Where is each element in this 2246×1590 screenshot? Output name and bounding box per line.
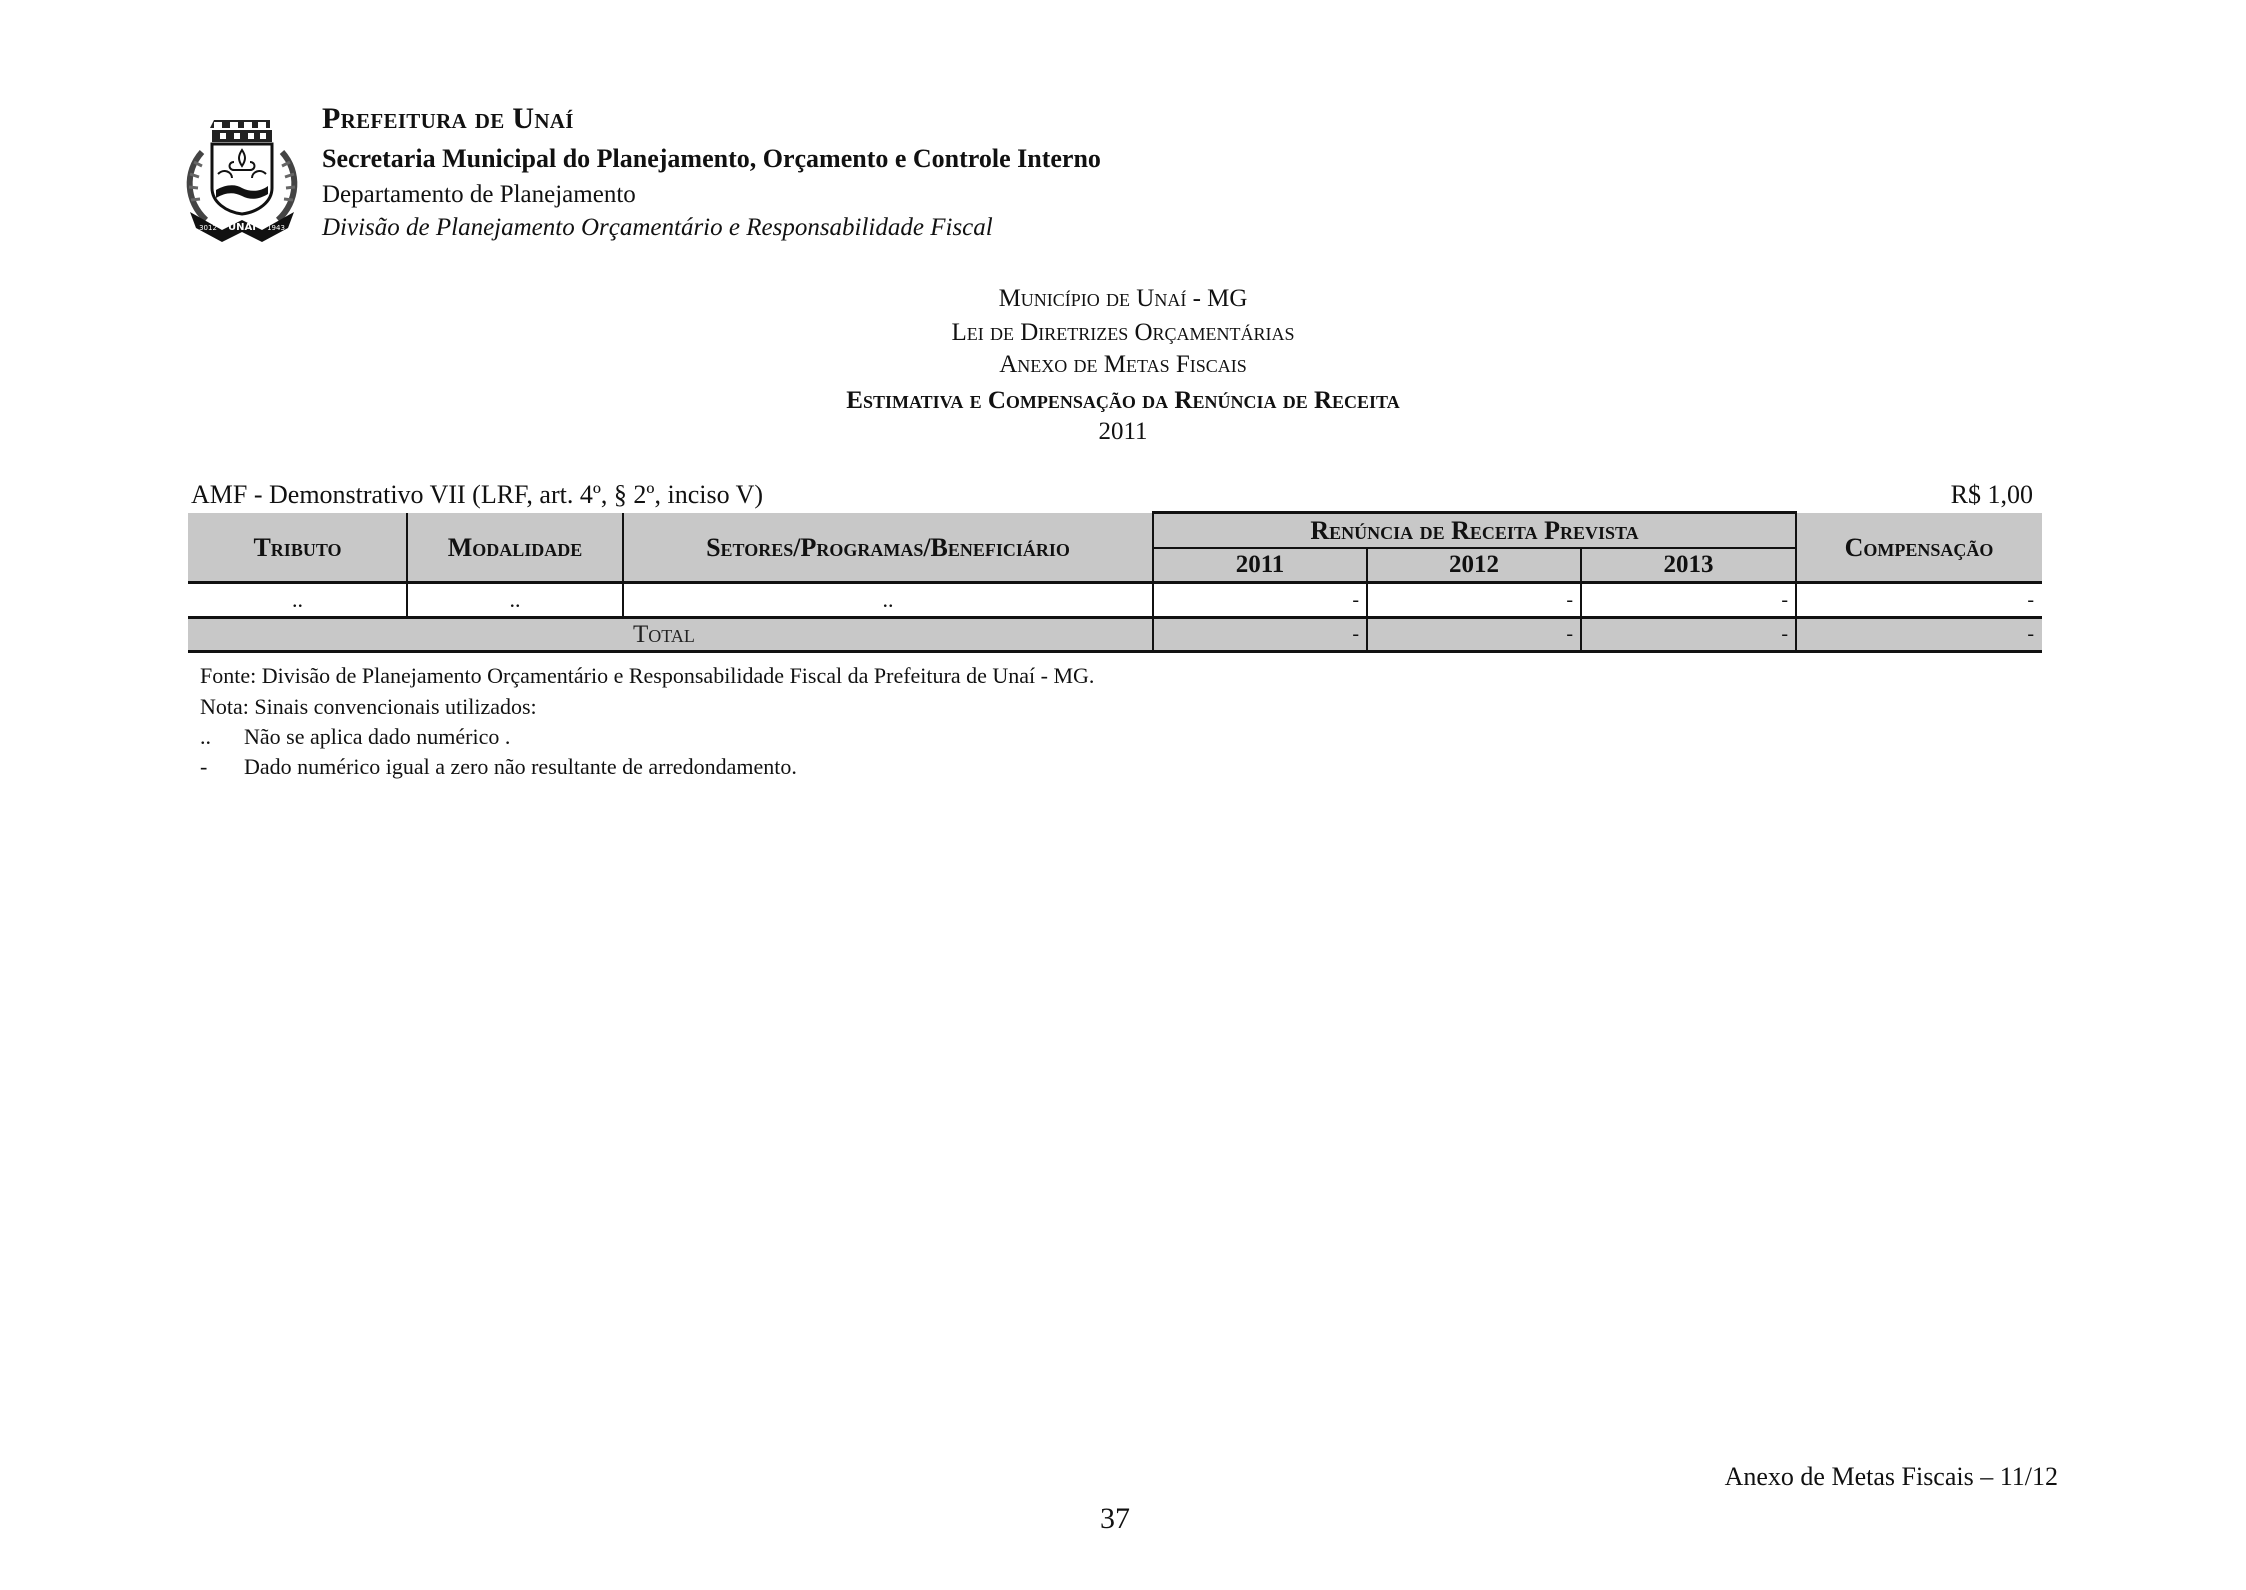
letterhead-secretariat: Secretaria Municipal do Planejamento, Or… [322, 144, 1101, 174]
cell-setores: .. [623, 583, 1153, 617]
rule [1153, 511, 1796, 514]
legend-text: Não se aplica dado numérico . [244, 724, 510, 749]
cell-2013: - [1581, 583, 1796, 617]
letterhead-department: Departamento de Planejamento [322, 180, 636, 210]
coat-of-arms-icon: UNAÍ 3012 1943 [176, 112, 308, 244]
header-tributo: Tributo [188, 513, 407, 582]
rule [622, 513, 624, 617]
currency-unit: R$ 1,00 [1951, 480, 2033, 510]
total-2012: - [1367, 618, 1581, 651]
cell-modalidade: .. [407, 583, 623, 617]
header-modalidade: Modalidade [407, 513, 623, 582]
rule [406, 513, 408, 617]
legend-item: ..Não se aplica dado numérico . [200, 724, 510, 750]
rule [1580, 548, 1582, 651]
legend-item: -Dado numérico igual a zero não resultan… [200, 754, 797, 780]
letterhead-title: Prefeitura de Unaí [322, 104, 574, 134]
header-year-2013: 2013 [1581, 548, 1796, 582]
cell-compensacao: - [1796, 583, 2042, 617]
rule [1366, 548, 1368, 651]
svg-text:UNAÍ: UNAÍ [228, 220, 256, 233]
rule [1152, 511, 1154, 651]
title-municipality: Município de Unaí - MG [0, 284, 2246, 314]
svg-text:1943: 1943 [267, 224, 285, 232]
source-note: Fonte: Divisão de Planejamento Orçamentá… [200, 663, 1094, 689]
rule [188, 650, 2042, 653]
table-caption: AMF - Demonstrativo VII (LRF, art. 4º, §… [191, 480, 763, 510]
total-2011: - [1153, 618, 1367, 651]
svg-text:3012: 3012 [199, 224, 217, 232]
cell-2012: - [1367, 583, 1581, 617]
note-intro: Nota: Sinais convencionais utilizados: [200, 694, 537, 720]
page-number: 37 [1100, 1502, 1130, 1536]
cell-2011: - [1153, 583, 1367, 617]
rule [1795, 511, 1797, 651]
legend-mark: - [200, 754, 244, 780]
title-law: Lei de Diretrizes Orçamentárias [0, 318, 2246, 348]
rule [188, 581, 2042, 584]
header-year-2012: 2012 [1367, 548, 1581, 582]
title-report: Estimativa e Compensação da Renúncia de … [0, 386, 2246, 416]
total-2013: - [1581, 618, 1796, 651]
header-renuncia: Renúncia de Receita Prevista [1153, 513, 1796, 548]
footer-reference: Anexo de Metas Fiscais – 11/12 [1725, 1462, 2058, 1492]
rule [1153, 547, 1796, 549]
legend-mark: .. [200, 724, 244, 750]
letterhead-division: Divisão de Planejamento Orçamentário e R… [322, 213, 993, 243]
title-annex: Anexo de Metas Fiscais [0, 350, 2246, 380]
total-label: Total [188, 618, 1153, 651]
total-compensacao: - [1796, 618, 2042, 651]
header-year-2011: 2011 [1153, 548, 1367, 582]
header-compensacao: Compensação [1796, 513, 2042, 582]
legend-text: Dado numérico igual a zero não resultant… [244, 754, 797, 779]
header-setores: Setores/Programas/Beneficiário [623, 513, 1153, 582]
cell-tributo: .. [188, 583, 407, 617]
rule [188, 616, 2042, 619]
title-year: 2011 [0, 417, 2246, 447]
